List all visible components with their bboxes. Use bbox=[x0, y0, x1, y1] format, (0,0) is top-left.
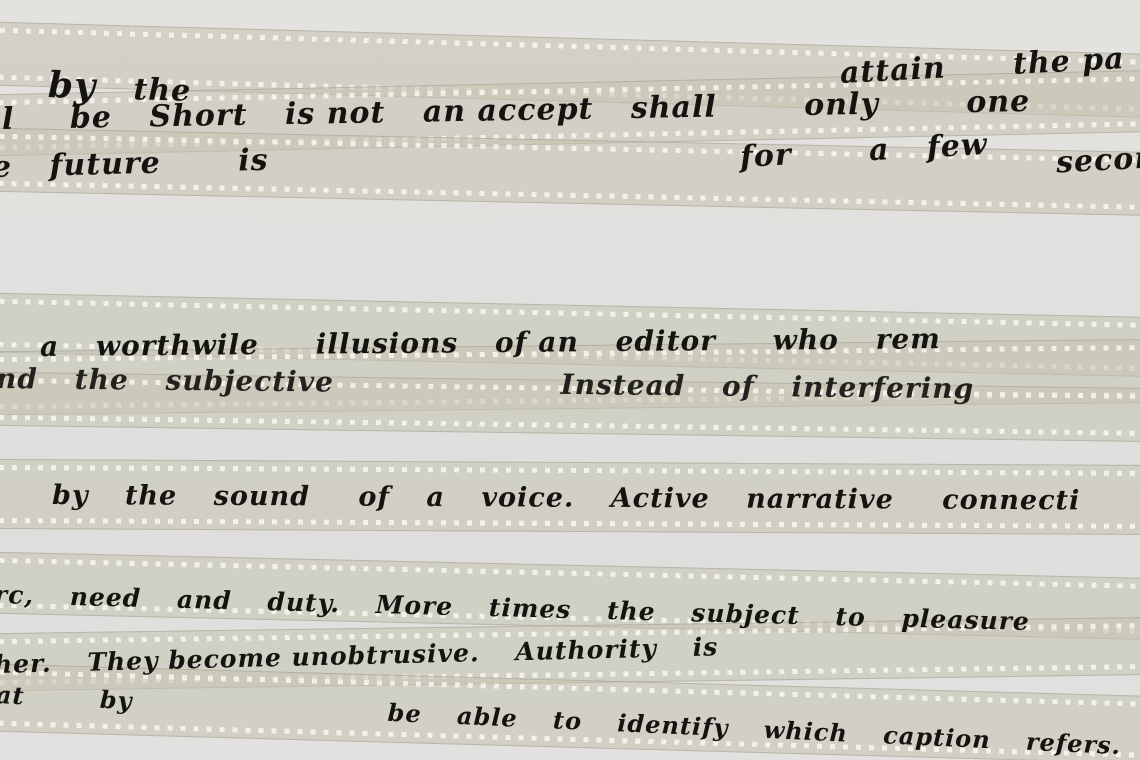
word: to bbox=[835, 602, 866, 632]
word: the bbox=[75, 363, 129, 397]
word: pleasure bbox=[901, 604, 1030, 636]
word: a bbox=[40, 330, 59, 363]
word: subject bbox=[691, 598, 800, 630]
word: shall bbox=[631, 90, 718, 126]
word: an accept bbox=[423, 92, 594, 130]
word: by bbox=[99, 685, 133, 715]
word: the bbox=[607, 596, 656, 626]
word: worthwile bbox=[96, 328, 259, 362]
word: who bbox=[773, 323, 839, 357]
word: only bbox=[804, 87, 879, 123]
word: refers. bbox=[1025, 727, 1121, 760]
word: of bbox=[722, 370, 755, 403]
word: narrative bbox=[746, 484, 894, 516]
word: times bbox=[488, 593, 571, 624]
word: subjective bbox=[165, 364, 334, 399]
word: a bbox=[426, 482, 445, 513]
word: a bbox=[868, 132, 890, 168]
word: future bbox=[49, 146, 161, 184]
handwritten-line-3: by the sound of a voice. Active narrativ… bbox=[52, 480, 1106, 517]
word: her. bbox=[0, 649, 52, 679]
word: one bbox=[966, 84, 1031, 120]
word: Active bbox=[611, 483, 710, 515]
word: be bbox=[387, 698, 422, 729]
word: Authority bbox=[515, 634, 657, 666]
word: be bbox=[70, 100, 113, 136]
word: the bbox=[125, 480, 177, 511]
word: which bbox=[763, 715, 849, 748]
word: interfering bbox=[791, 370, 974, 405]
word: of an bbox=[495, 325, 579, 359]
word: the pa bbox=[1012, 41, 1125, 82]
word: Instead bbox=[560, 368, 685, 402]
word: by bbox=[52, 480, 89, 511]
word: few bbox=[926, 127, 989, 165]
word: duty. bbox=[267, 587, 340, 618]
word: is not bbox=[285, 95, 386, 132]
word: sound bbox=[214, 481, 311, 513]
word: identify bbox=[617, 708, 729, 742]
word: need bbox=[69, 582, 141, 613]
word: second bbox=[1055, 139, 1140, 180]
word: e bbox=[0, 149, 13, 185]
word: to bbox=[552, 705, 582, 735]
word: of bbox=[358, 482, 390, 513]
word: nd bbox=[0, 362, 38, 395]
word: is bbox=[238, 143, 269, 179]
word: is bbox=[692, 632, 718, 662]
word: voice. bbox=[481, 482, 574, 513]
word: caption bbox=[883, 720, 992, 754]
word: illusions bbox=[316, 326, 459, 360]
word: More bbox=[375, 590, 453, 621]
word: editor bbox=[615, 324, 716, 358]
word: l bbox=[2, 102, 15, 137]
word: and bbox=[177, 585, 233, 615]
word: rc, bbox=[0, 580, 34, 610]
word: for bbox=[739, 137, 792, 175]
word: connecti bbox=[942, 485, 1080, 517]
word: rem bbox=[875, 322, 940, 356]
word: at bbox=[0, 680, 25, 710]
word: able bbox=[456, 701, 518, 733]
word: Short bbox=[149, 98, 248, 135]
